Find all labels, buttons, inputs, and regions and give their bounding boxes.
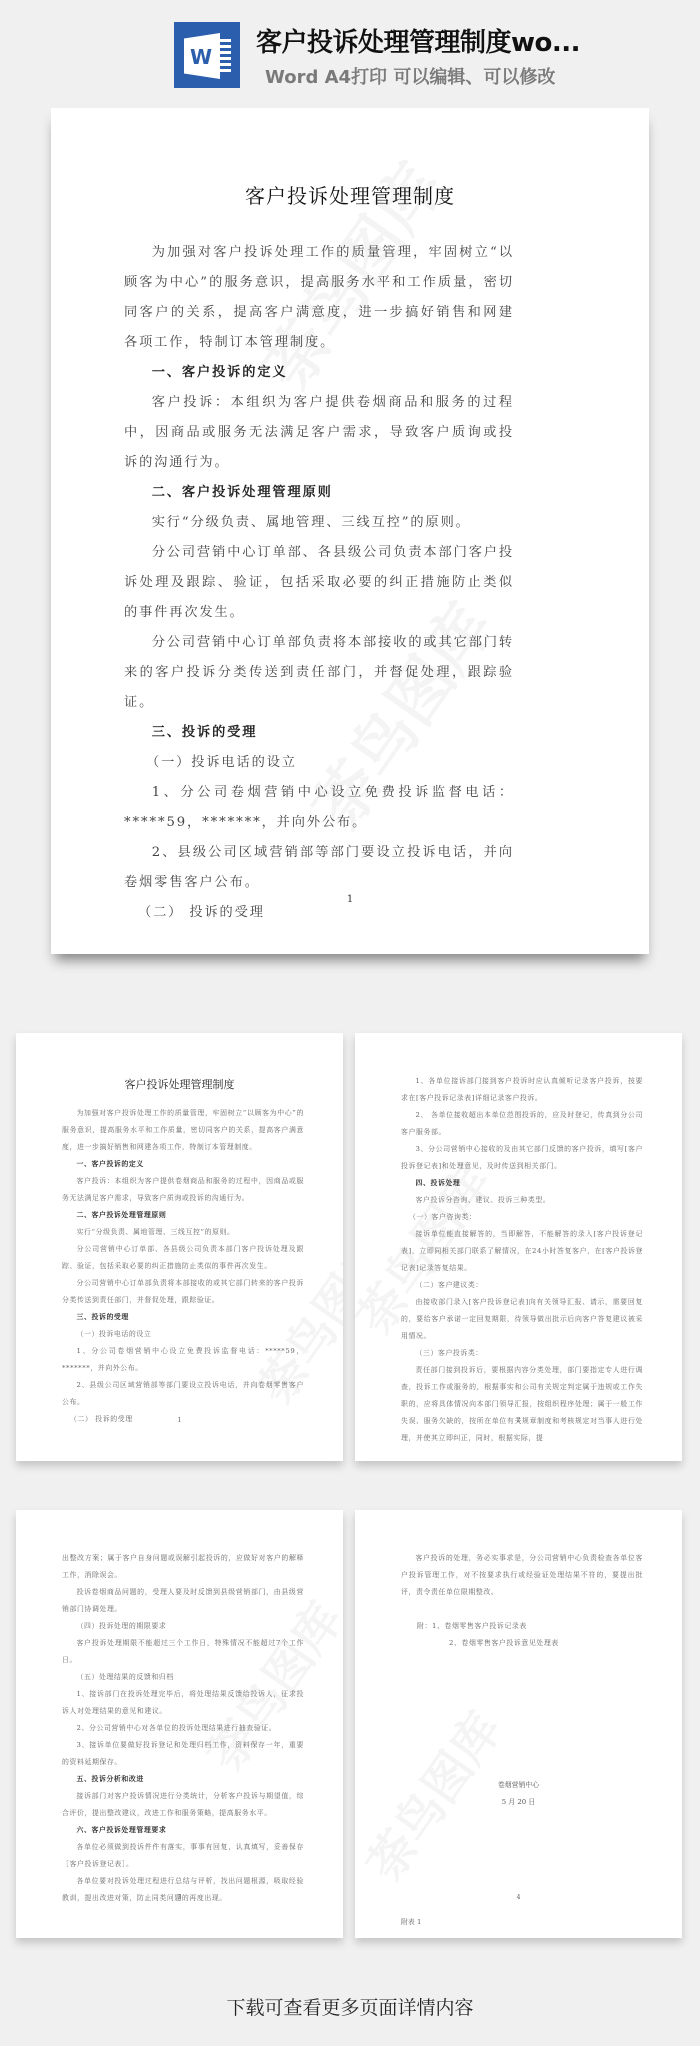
page-body: 出整改方案；属于客户自身问题或误解引起投诉的，应做好对客户的解释工作，消除误会。…: [62, 1550, 304, 1907]
thumbnail-page-1[interactable]: 荼鸟图库 客户投诉处理管理制度 为加强对客户投诉处理工作的质量管理，牢固树立“以…: [16, 1033, 343, 1461]
main-preview-page: 荼鸟图库 荼鸟图库 客户投诉处理管理制度 为加强对客户投诉处理工作的质量管理，牢…: [51, 108, 649, 954]
paragraph: 投诉卷烟商品问题的，受理人要及时反馈到县级营销部门，由县级营销部门协调处理。: [62, 1584, 304, 1618]
section-heading: 二、客户投诉处理管理原则: [124, 478, 514, 508]
document-title: 客户投诉处理管理制度wo...: [256, 22, 580, 59]
page-number: 4: [355, 1894, 682, 1901]
subsection-heading: （二）客户建议类：: [401, 1277, 643, 1294]
subsection-heading: （一）客户咨询类：: [401, 1209, 643, 1226]
paragraph: 为加强对客户投诉处理工作的质量管理，牢固树立“以顾客为中心”的服务意识，提高服务…: [124, 238, 514, 358]
page-body: 为加强对客户投诉处理工作的质量管理，牢固树立“以顾客为中心”的服务意识，提高服务…: [124, 238, 514, 928]
section-heading: 三、投诉的受理: [124, 718, 514, 748]
thumbnail-page-3[interactable]: 荼鸟图库 出整改方案；属于客户自身问题或误解引起投诉的，应做好对客户的解释工作，…: [16, 1510, 343, 1938]
paragraph: 各单位要对投诉处理过程进行总结与评析，找出问题根源，吸取经验教训，提出改进对策，…: [62, 1873, 304, 1907]
paragraph: 分公司营销中心订单部负责将本部接收的或其它部门转来的客户投诉分类传送到责任部门，…: [62, 1275, 304, 1309]
thumbnail-page-2[interactable]: 荼鸟图库 1、各单位接诉部门接到客户投诉时应认真倾听记录客户投诉，按要求在[客户…: [355, 1033, 682, 1461]
section-heading: 三、投诉的受理: [62, 1309, 304, 1326]
paragraph: 1、各单位接诉部门接到客户投诉时应认真倾听记录客户投诉，按要求在[客户投诉记录表…: [401, 1073, 643, 1107]
section-heading: 一、客户投诉的定义: [62, 1156, 304, 1173]
paragraph: 实行“分级负责、属地管理、三线互控”的原则。: [124, 508, 514, 538]
thumbnail-page-4[interactable]: 荼鸟图库 客户投诉的处理，务必实事求是，分公司营销中心负责检查各单位客户投诉管理…: [355, 1510, 682, 1938]
download-more-link[interactable]: 下载可查看更多页面详情内容: [0, 1993, 700, 2020]
paragraph: 出整改方案；属于客户自身问题或误解引起投诉的，应做好对客户的解释工作，消除误会。: [62, 1550, 304, 1584]
paragraph: 客户投诉分咨询、建议、投诉三种类型。: [401, 1192, 643, 1209]
subsection-heading: （一）投诉电话的设立: [124, 748, 514, 778]
page-number: 3: [16, 1894, 343, 1901]
word-doc-icon: W: [174, 22, 240, 88]
paragraph: 1、接诉部门在投诉处理完毕后，将处理结果反馈给投诉人，征求投诉人对处理结果的意见…: [62, 1686, 304, 1720]
appendix-label: 附表 1: [401, 1916, 421, 1926]
paragraph: 客户投诉：本组织为客户提供卷烟商品和服务的过程中，因商品或服务无法满足客户需求，…: [62, 1173, 304, 1207]
page-body: 1、各单位接诉部门接到客户投诉时应认真倾听记录客户投诉，按要求在[客户投诉记录表…: [401, 1073, 643, 1447]
paragraph: 责任部门接到投诉后，要根据内容分类处理，部门要指定专人进行调查，投诉工作或服务的…: [401, 1362, 643, 1447]
paragraph: 为加强对客户投诉处理工作的质量管理，牢固树立“以顾客为中心”的服务意识，提高服务…: [62, 1105, 304, 1156]
page-body: 为加强对客户投诉处理工作的质量管理，牢固树立“以顾客为中心”的服务意识，提高服务…: [62, 1105, 304, 1428]
page-body: 客户投诉的处理，务必实事求是，分公司营销中心负责检查各单位客户投诉管理工作，对不…: [401, 1550, 643, 1652]
paragraph: 1、分公司卷烟营销中心设立免费投诉监督电话：*****59，*******，并向…: [62, 1343, 304, 1377]
subsection-heading: （五）处理结果的反馈和归档: [62, 1669, 304, 1686]
page-number: 1: [16, 1417, 343, 1424]
subsection-heading: （三）客户投诉类：: [401, 1345, 643, 1362]
paragraph: 2、县级公司区域营销部等部门要设立投诉电话，并向卷烟零售客户公布。: [124, 838, 514, 898]
paragraph: 实行“分级负责、属地管理、三线互控”的原则。: [62, 1224, 304, 1241]
page-number: 1: [51, 894, 649, 905]
section-heading: 二、客户投诉处理管理原则: [62, 1207, 304, 1224]
page-title: 客户投诉处理管理制度: [51, 180, 649, 209]
section-heading: 五、投诉分析和改进: [62, 1771, 304, 1788]
paragraph: 由接收部门录入[客户投诉登记表]向有关领导汇报、请示，需要回复的，要给客户承诺一…: [401, 1294, 643, 1345]
paragraph: 分公司营销中心订单部负责将本部接收的或其它部门转来的客户投诉分类传送到责任部门，…: [124, 628, 514, 718]
paragraph: 分公司营销中心订单部、各县级公司负责本部门客户投诉处理及跟踪、验证，包括采取必要…: [62, 1241, 304, 1275]
page-title: 客户投诉处理管理制度: [16, 1076, 343, 1092]
paragraph: 接诉部门对客户投诉情况进行分类统计，分析客户投诉与期望值，综合评价，提出整改建议…: [62, 1788, 304, 1822]
document-subtitle: Word A4打印 可以编辑、可以修改: [265, 63, 555, 89]
attachment-item: 附：1、卷烟零售客户投诉记录表: [401, 1618, 643, 1635]
paragraph: 2、县级公司区域营销部等部门要设立投诉电话，并向卷烟零售客户公布。: [62, 1377, 304, 1411]
section-heading: 六、客户投诉处理管理要求: [62, 1822, 304, 1839]
paragraph: 1、分公司卷烟营销中心设立免费投诉监督电话：*****59，*******，并向…: [124, 778, 514, 838]
paragraph: 客户投诉处理期限不能超过三个工作日，特殊情况不能超过7个工作日。: [62, 1635, 304, 1669]
signature-org: 卷烟营销中心: [355, 1777, 682, 1794]
subsection-heading: （四）投诉处理的期限要求: [62, 1618, 304, 1635]
paragraph: 客户投诉：本组织为客户提供卷烟商品和服务的过程中，因商品或服务无法满足客户需求，…: [124, 388, 514, 478]
paragraph: 分公司营销中心订单部、各县级公司负责本部门客户投诉处理及跟踪、验证，包括采取必要…: [124, 538, 514, 628]
paragraph: 2、 各单位接收超出本单位范围投诉的，应及时登记，传真到分公司客户服务部。: [401, 1107, 643, 1141]
paragraph: 接诉单位能直接解答的，当即解答，不能解答的录入[客户投诉登记表]，立即同相关部门…: [401, 1226, 643, 1277]
subsection-heading: （一）投诉电话的设立: [62, 1326, 304, 1343]
paragraph: 3、分公司营销中心接收的及由其它部门反馈的客户投诉，填写[客户投诉登记表]和处理…: [401, 1141, 643, 1175]
section-heading: 四、投诉处理: [401, 1175, 643, 1192]
paragraph: 3、接诉单位要做好投诉登记和处理归档工作，资料保存一年，重要的资料延期保存。: [62, 1737, 304, 1771]
attachment-item: 2、卷烟零售客户投诉意见处理表: [401, 1635, 643, 1652]
paragraph: 各单位必须做到投诉件件有落实，事事有回复，认真填写，妥善保存［客户投诉登记表］。: [62, 1839, 304, 1873]
signature-date: 5 月 20 日: [355, 1794, 682, 1811]
page-number: 2: [355, 1417, 682, 1424]
header: W 客户投诉处理管理制度wo... Word A4打印 可以编辑、可以修改: [0, 0, 700, 100]
section-heading: 一、客户投诉的定义: [124, 358, 514, 388]
paragraph: 2、分公司营销中心对各单位的投诉处理结果进行抽查验证。: [62, 1720, 304, 1737]
paragraph: 客户投诉的处理，务必实事求是，分公司营销中心负责检查各单位客户投诉管理工作，对不…: [401, 1550, 643, 1601]
